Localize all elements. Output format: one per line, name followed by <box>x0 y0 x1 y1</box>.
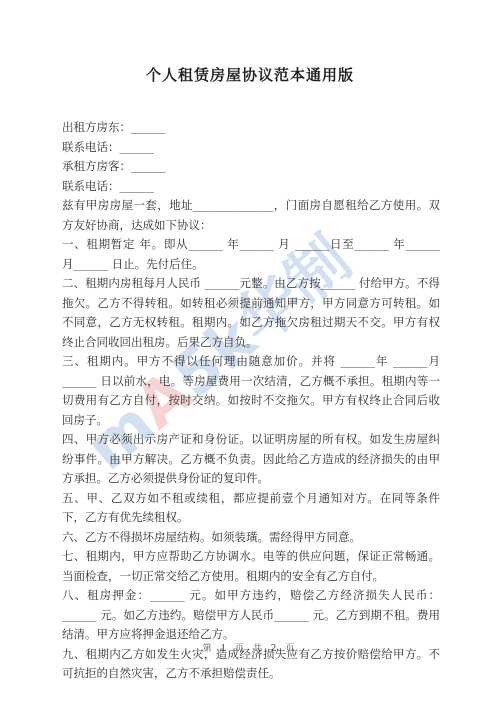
intro-paragraph: 兹有甲房房屋一套，地址______________，门面房自愿租给乙方使用。双方… <box>62 196 440 235</box>
clause-paragraph-1: 一、租期暂定 年。即从______ 年______ 月 ______日至____… <box>62 235 440 274</box>
page-number: 第 1 页 共 2 页 <box>0 641 500 654</box>
clause-paragraph-6: 六、乙方不得损坏房屋结构。如须装璜。需经得甲方同意。 <box>62 528 440 548</box>
clause-paragraph-5: 五、甲、乙双方如不租或续租，都应提前壹个月通知对方。在同等条件下，乙方有优先续租… <box>62 489 440 528</box>
party-line-landlord-phone: 联系电话：______ <box>62 138 440 158</box>
clause-paragraph-3: 三、租期内。甲方不得以任何理由随意加价。并将 ______年 ______月__… <box>62 352 440 430</box>
document-page: mA5k华制 个人租赁房屋协议范本通用版 出租方房东：______ 联系电话：_… <box>0 0 500 706</box>
party-line-tenant: 承租方房客：______ <box>62 157 440 177</box>
clause-paragraph-7: 七、租期内，甲方应帮助乙方协调水。电等的供应问题，保证正常畅通。当面检查，一切正… <box>62 547 440 586</box>
clause-paragraph-4: 四、甲方必须出示房产证和身份证。以证明房屋的所有权。如发生房屋纠纷事件。由甲方解… <box>62 430 440 489</box>
clause-paragraph-2: 二、租期内房租每月人民币 ______元整。由乙方按______ 付给甲方。不得… <box>62 274 440 352</box>
party-line-tenant-phone: 联系电话：______ <box>62 177 440 197</box>
document-title: 个人租赁房屋协议范本通用版 <box>0 0 500 85</box>
document-body: 出租方房东：______ 联系电话：______ 承租方房客：______ 联系… <box>62 118 440 684</box>
clause-paragraph-8: 八、租房押金：______ 元。如甲方违约，赔偿乙方经济损失人民币：______… <box>62 586 440 645</box>
party-line-landlord: 出租方房东：______ <box>62 118 440 138</box>
